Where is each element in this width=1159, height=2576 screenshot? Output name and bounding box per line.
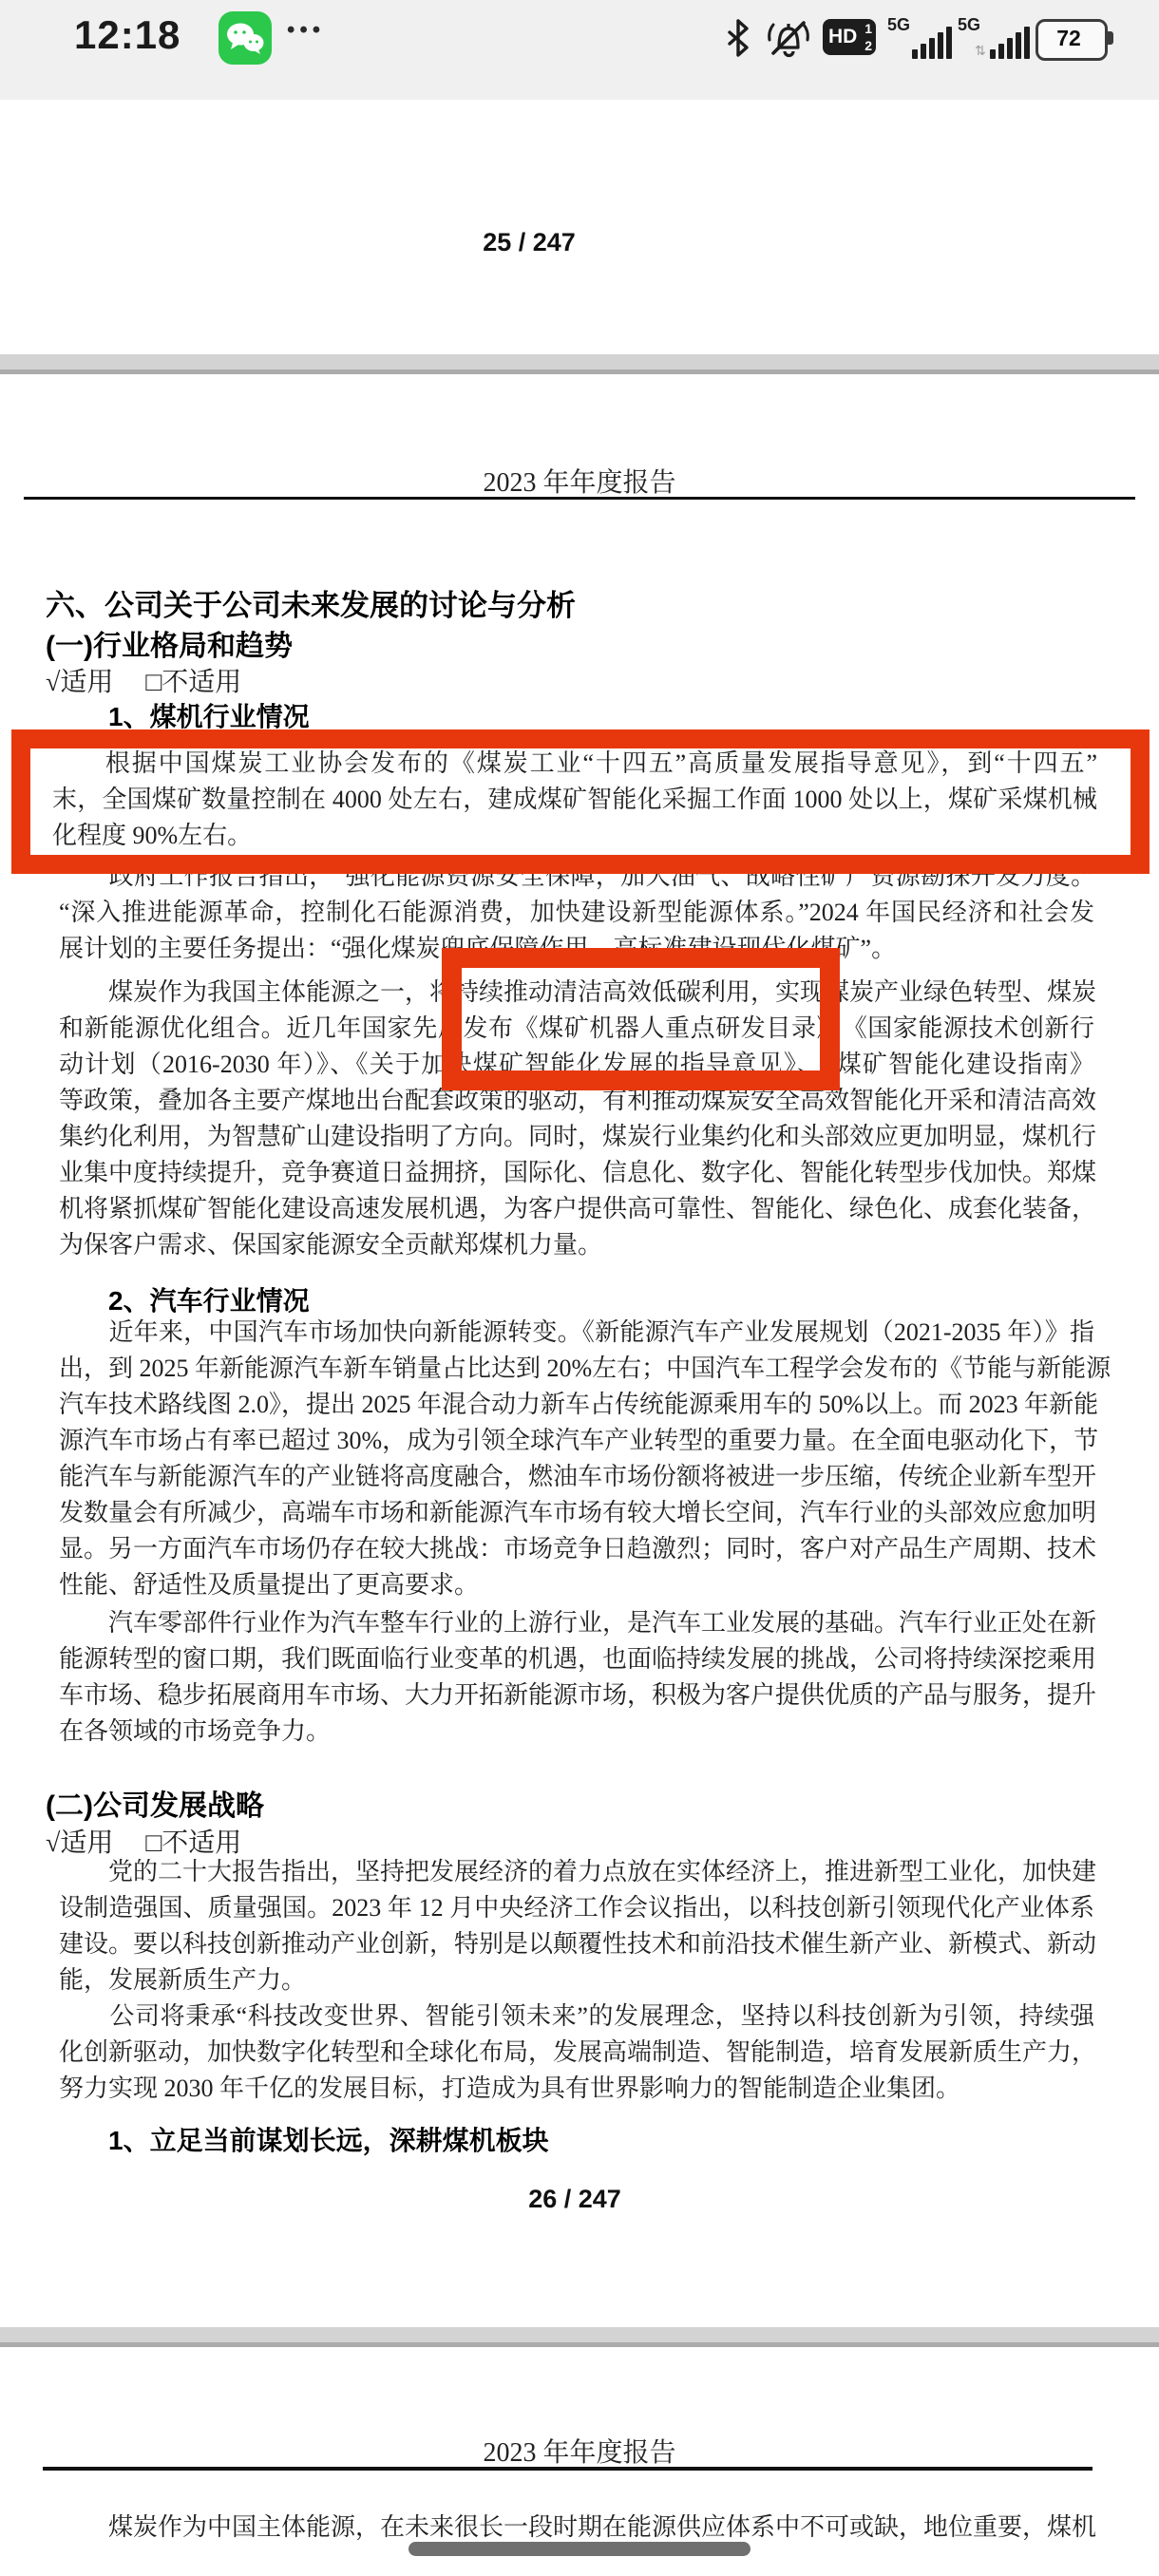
report-header: 2023 年年度报告 bbox=[0, 462, 1159, 500]
text-line: 展计划的主要任务提出：“强化煤炭兜底保障作用，高标准建设现代化煤矿”。 bbox=[59, 931, 1094, 967]
text-line: 能汽车与新能源汽车的产业链将高度融合，燃油车市场份额将被进一步压缩，传统企业新车… bbox=[59, 1459, 1094, 1495]
text-line: 公司将秉承“科技改变世界、智能引领未来”的发展理念，坚持以科技创新为引领，持续强 bbox=[59, 1998, 1094, 2035]
text-line: 性能、舒适性及质量提出了更高要求。 bbox=[59, 1567, 1094, 1603]
status-bar: 12:18 ••• HD 1 2 5G bbox=[0, 0, 1159, 100]
page-25-footer: 25 / 247 bbox=[434, 228, 624, 257]
pdf-viewport[interactable]: 25 / 247 2023 年年度报告 六、公司关于公司未来发展的讨论与分析 (… bbox=[0, 100, 1159, 2576]
coal-paragraph: 煤炭作为我国主体能源之一，将持续推动清洁高效低碳利用，实现煤炭产业绿色转型、煤炭… bbox=[59, 975, 1094, 1263]
signal-bars-icon bbox=[912, 27, 952, 59]
text-line: 显。另一方面汽车市场仍存在较大挑战：市场竞争日趋激烈；同时，客户对产品生产周期、… bbox=[59, 1531, 1094, 1567]
battery-nub bbox=[1108, 31, 1113, 45]
text-line: 化程度 90%左右。 bbox=[52, 818, 1097, 854]
text-line: 业集中度持续提升，竞争赛道日益拥挤，国际化、信息化、数字化、智能化转型步伐加快。… bbox=[59, 1155, 1094, 1191]
text-line: 化创新驱动，加快数字化转型和全球化布局，发展高端制造、智能制造，培育发展新质生产… bbox=[59, 2035, 1094, 2071]
text-line: 建设。要以科技创新推动产业创新，特别是以颠覆性技术和前沿技术催生新产业、新模式、… bbox=[59, 1926, 1094, 1962]
page-26-footer: 26 / 247 bbox=[480, 2185, 670, 2214]
subsection-1-title: (一)行业格局和趋势 bbox=[46, 622, 293, 664]
wechat-bubbles bbox=[225, 22, 265, 56]
text-line: 机将紧抓煤矿智能化建设高速发展机遇，为客户提供高可靠性、智能化、绿色化、成套化装… bbox=[59, 1191, 1094, 1227]
header-rule bbox=[24, 497, 1135, 500]
text-line: 在各领域的市场竞争力。 bbox=[59, 1714, 1094, 1750]
text-line: 能，发展新质生产力。 bbox=[59, 1962, 1094, 1998]
not-applicable-unchecked: □不适用 bbox=[145, 668, 241, 697]
strategy-paragraph-1: 党的二十大报告指出，坚持把发展经济的着力点放在实体经济上，推进新型工业化，加快建… bbox=[59, 1854, 1094, 1998]
text-line: 党的二十大报告指出，坚持把发展经济的着力点放在实体经济上，推进新型工业化，加快建 bbox=[59, 1854, 1094, 1890]
hd-sim2: 2 bbox=[864, 38, 872, 53]
report-header: 2023 年年度报告 bbox=[0, 2432, 1159, 2470]
text-line: 集约化利用，为智慧矿山建设指明了方向。同时，煤炭行业集约化和头部效应更加明显，煤… bbox=[59, 1119, 1094, 1155]
text-line: 努力实现 2030 年千亿的发展目标，打造成为具有世界影响力的智能制造企业集团。 bbox=[59, 2071, 1094, 2107]
text-line: 政府工作报告指出，“强化能源资源安全保障，加大油气、战略性矿产资源勘探开发力度。… bbox=[59, 859, 1094, 895]
volte-hd-badge: HD 1 2 bbox=[823, 19, 876, 55]
text-line: 发数量会有所减少，高端车市场和新能源汽车市场有较大增长空间，汽车行业的头部效应愈… bbox=[59, 1495, 1094, 1531]
text-line: 能源转型的窗口期，我们既面临行业变革的机遇，也面临持续发展的挑战，公司将持续深挖… bbox=[59, 1641, 1094, 1677]
text-line: 车市场、稳步拓展商用车市场、大力开拓新能源市场，积极为客户提供优质的产品与服务，… bbox=[59, 1677, 1094, 1714]
network-type-sim1: 5G bbox=[887, 15, 910, 35]
text-line: 末，全国煤矿数量控制在 4000 处左右，建成煤矿智能化采掘工作面 1000 处… bbox=[52, 782, 1097, 818]
page27-first-line: 煤炭作为中国主体能源，在未来很长一段时期在能源供应体系中不可或缺，地位重要，煤机 bbox=[59, 2510, 1094, 2546]
text-line: 源汽车市场占有率已超过 30%，成为引领全球汽车产业转型的重要力量。在全面电驱动… bbox=[59, 1423, 1094, 1459]
auto-paragraph-1: 近年来，中国汽车市场加快向新能源转变。《新能源汽车产业发展规划（2021-203… bbox=[59, 1315, 1094, 1603]
boxed-paragraph: 根据中国煤炭工业协会发布的《煤炭工业“十四五”高质量发展指导意见》，到“十四五”… bbox=[52, 746, 1097, 854]
more-notifications-icon: ••• bbox=[287, 17, 325, 44]
hd-label: HD bbox=[828, 26, 857, 48]
page-separator bbox=[0, 354, 1159, 370]
text-line: 设制造强国、质量强国。2023 年 12 月中央经济工作会议指出，以科技创新引领… bbox=[59, 1890, 1094, 1926]
subsection-2-title: (二)公司发展战略 bbox=[46, 1782, 264, 1824]
text-line: 动计划（2016-2030 年）》、《关于加快煤矿智能化发展的指导意见》、《煤矿… bbox=[59, 1047, 1094, 1083]
header-rule bbox=[43, 2467, 1092, 2471]
clock: 12:18 bbox=[74, 12, 180, 58]
auto-industry-heading: 2、汽车行业情况 bbox=[108, 1280, 310, 1318]
page-separator-edge bbox=[0, 369, 1159, 374]
text-line: 等政策，叠加各主要产煤地出台配套政策的驱动，有利推动煤炭安全高效智能化开采和清洁… bbox=[59, 1083, 1094, 1119]
section-title: 六、公司关于公司未来发展的讨论与分析 bbox=[46, 581, 576, 624]
signal-sim1: 5G bbox=[887, 15, 954, 61]
bluetooth-icon bbox=[726, 17, 750, 64]
hd-sim1: 1 bbox=[864, 21, 872, 36]
wechat-notification-icon bbox=[218, 11, 272, 65]
page-separator-edge bbox=[0, 2342, 1159, 2347]
text-line: 和新能源优化组合。近几年国家先后发布《煤矿机器人重点研发目录》、《国家能源技术创… bbox=[59, 1011, 1094, 1047]
signal-bars-icon bbox=[990, 27, 1030, 59]
text-line: “深入推进能源革命，控制化石能源消费，加快建设新型能源体系。”2024 年国民经… bbox=[59, 895, 1094, 931]
strategy-point-1-heading: 1、立足当前谋划长远，深耕煤机板块 bbox=[108, 2120, 549, 2158]
battery-indicator: 72 bbox=[1035, 19, 1108, 61]
text-line: 煤炭作为中国主体能源，在未来很长一段时期在能源供应体系中不可或缺，地位重要，煤机 bbox=[59, 2510, 1094, 2546]
text-line: 近年来，中国汽车市场加快向新能源转变。《新能源汽车产业发展规划（2021-203… bbox=[59, 1315, 1094, 1351]
applicable-row-1: √适用□不适用 bbox=[46, 661, 241, 699]
text-line: 汽车零部件行业作为汽车整车行业的上游行业，是汽车工业发展的基础。汽车行业正处在新 bbox=[59, 1605, 1094, 1641]
signal-sim2: 5G ⇅ bbox=[958, 15, 1030, 61]
gov-paragraph: 政府工作报告指出，“强化能源资源安全保障，加大油气、战略性矿产资源勘探开发力度。… bbox=[59, 859, 1094, 967]
strategy-paragraph-2: 公司将秉承“科技改变世界、智能引领未来”的发展理念，坚持以科技创新为引领，持续强… bbox=[59, 1998, 1094, 2107]
text-line: 煤炭作为我国主体能源之一，将持续推动清洁高效低碳利用，实现煤炭产业绿色转型、煤炭 bbox=[59, 975, 1094, 1011]
battery-percent: 72 bbox=[1038, 26, 1099, 51]
text-line: 为保客户需求、保国家能源安全贡献郑煤机力量。 bbox=[59, 1227, 1094, 1263]
applicable-checked: √适用 bbox=[46, 668, 113, 697]
page-separator bbox=[0, 2327, 1159, 2343]
home-indicator[interactable] bbox=[408, 2542, 750, 2556]
text-line: 汽车技术路线图 2.0》，提出 2025 年混合动力新车占传统能源乘用车的 50… bbox=[59, 1387, 1094, 1423]
text-line: 出，到 2025 年新能源汽车新车销量占比达到 20%左右；中国汽车工程学会发布… bbox=[59, 1351, 1094, 1387]
mute-vibrate-icon bbox=[766, 17, 811, 64]
network-type-sim2: 5G bbox=[958, 15, 980, 35]
data-activity-icon: ⇅ bbox=[975, 43, 984, 59]
coal-industry-heading: 1、煤机行业情况 bbox=[108, 696, 310, 734]
auto-paragraph-2: 汽车零部件行业作为汽车整车行业的上游行业，是汽车工业发展的基础。汽车行业正处在新… bbox=[59, 1605, 1094, 1750]
text-line: 根据中国煤炭工业协会发布的《煤炭工业“十四五”高质量发展指导意见》，到“十四五” bbox=[52, 746, 1097, 782]
